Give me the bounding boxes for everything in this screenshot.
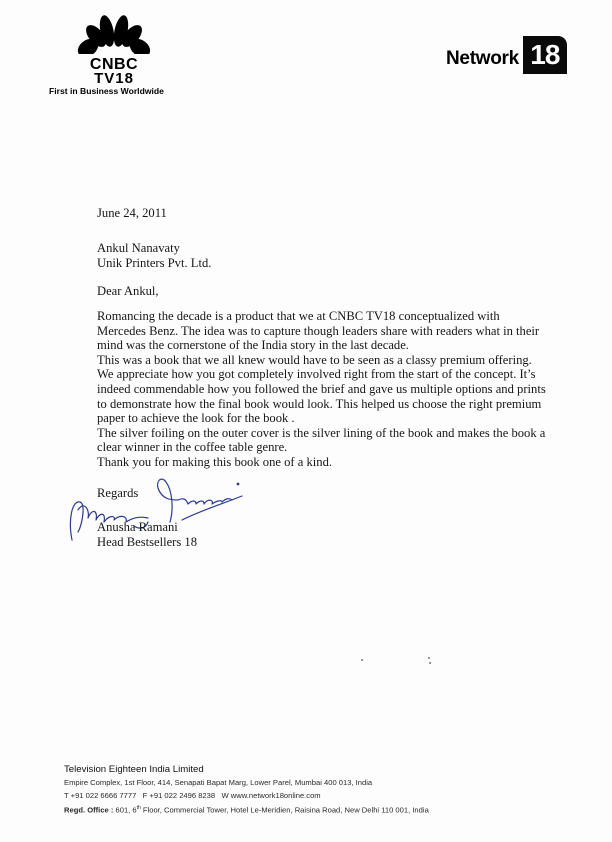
body-line: paper to achieve the look for the book . xyxy=(97,411,597,426)
salutation: Dear Ankul, xyxy=(97,284,159,299)
scan-specks xyxy=(355,655,435,669)
recipient-block: Ankul Nanavaty Unik Printers Pvt. Ltd. xyxy=(97,241,211,270)
signer-title: Head Bestsellers 18 xyxy=(97,535,197,550)
closing: Regards xyxy=(97,486,138,501)
body-line: Romancing the decade is a product that w… xyxy=(97,309,597,324)
body-line: We appreciate how you got completely inv… xyxy=(97,367,597,382)
letterhead-footer: Television Eighteen India Limited Empire… xyxy=(64,763,429,817)
network-18-badge: 18 xyxy=(523,36,567,74)
fax-number: +91 022 2496 8238 xyxy=(149,791,215,800)
regd-address-post: Floor, Commercial Tower, Hotel Le-Meridi… xyxy=(141,806,429,815)
speck xyxy=(428,657,430,659)
tv18-wordmark: TV18 xyxy=(58,72,170,86)
regd-address-pre: 601, 6 xyxy=(116,806,137,815)
footer-company: Television Eighteen India Limited xyxy=(64,763,429,776)
footer-address: Empire Complex, 1st Floor, 414, Senapati… xyxy=(64,776,429,789)
recipient-name: Ankul Nanavaty xyxy=(97,241,211,256)
fax-label: F xyxy=(143,791,148,800)
letter-page: CNBC TV18 First in Business Worldwide Ne… xyxy=(0,0,612,842)
recipient-company: Unik Printers Pvt. Ltd. xyxy=(97,256,211,271)
footer-registered-office: Regd. Office : 601, 6th Floor, Commercia… xyxy=(64,802,429,817)
peacock-icon xyxy=(76,14,152,58)
network-wordmark: Network xyxy=(446,48,519,70)
letter-date: June 24, 2011 xyxy=(97,206,167,221)
body-line: Thank you for making this book one of a … xyxy=(97,455,597,470)
website-link[interactable]: www.network18online.com xyxy=(231,791,321,800)
body-line: This was a book that we all knew would h… xyxy=(97,353,597,368)
network18-logo: Network 18 xyxy=(446,36,567,74)
signer-name: Anusha Ramani xyxy=(97,520,197,535)
phone-number: +91 022 6666 7777 xyxy=(71,791,137,800)
speck xyxy=(429,662,431,664)
letter-body: Romancing the decade is a product that w… xyxy=(97,309,597,470)
body-line: Mercedes Benz. The idea was to capture t… xyxy=(97,324,597,339)
cnbc-tv18-logo: CNBC TV18 xyxy=(58,14,170,86)
body-line: indeed commendable how you followed the … xyxy=(97,382,597,397)
body-line: The silver foiling on the outer cover is… xyxy=(97,426,597,441)
regd-label: Regd. Office : xyxy=(64,806,113,815)
web-label: W xyxy=(221,791,228,800)
body-line: to demonstrate how the final book would … xyxy=(97,397,597,412)
footer-contacts: T +91 022 6666 7777 F +91 022 2496 8238 … xyxy=(64,789,429,802)
signer-block: Anusha Ramani Head Bestsellers 18 xyxy=(97,520,197,549)
phone-label: T xyxy=(64,791,69,800)
cnbc-tagline: First in Business Worldwide xyxy=(49,86,164,96)
body-line: clear winner in the coffee table genre. xyxy=(97,440,597,455)
body-line: mind was the cornerstone of the India st… xyxy=(97,338,597,353)
speck xyxy=(361,659,363,661)
